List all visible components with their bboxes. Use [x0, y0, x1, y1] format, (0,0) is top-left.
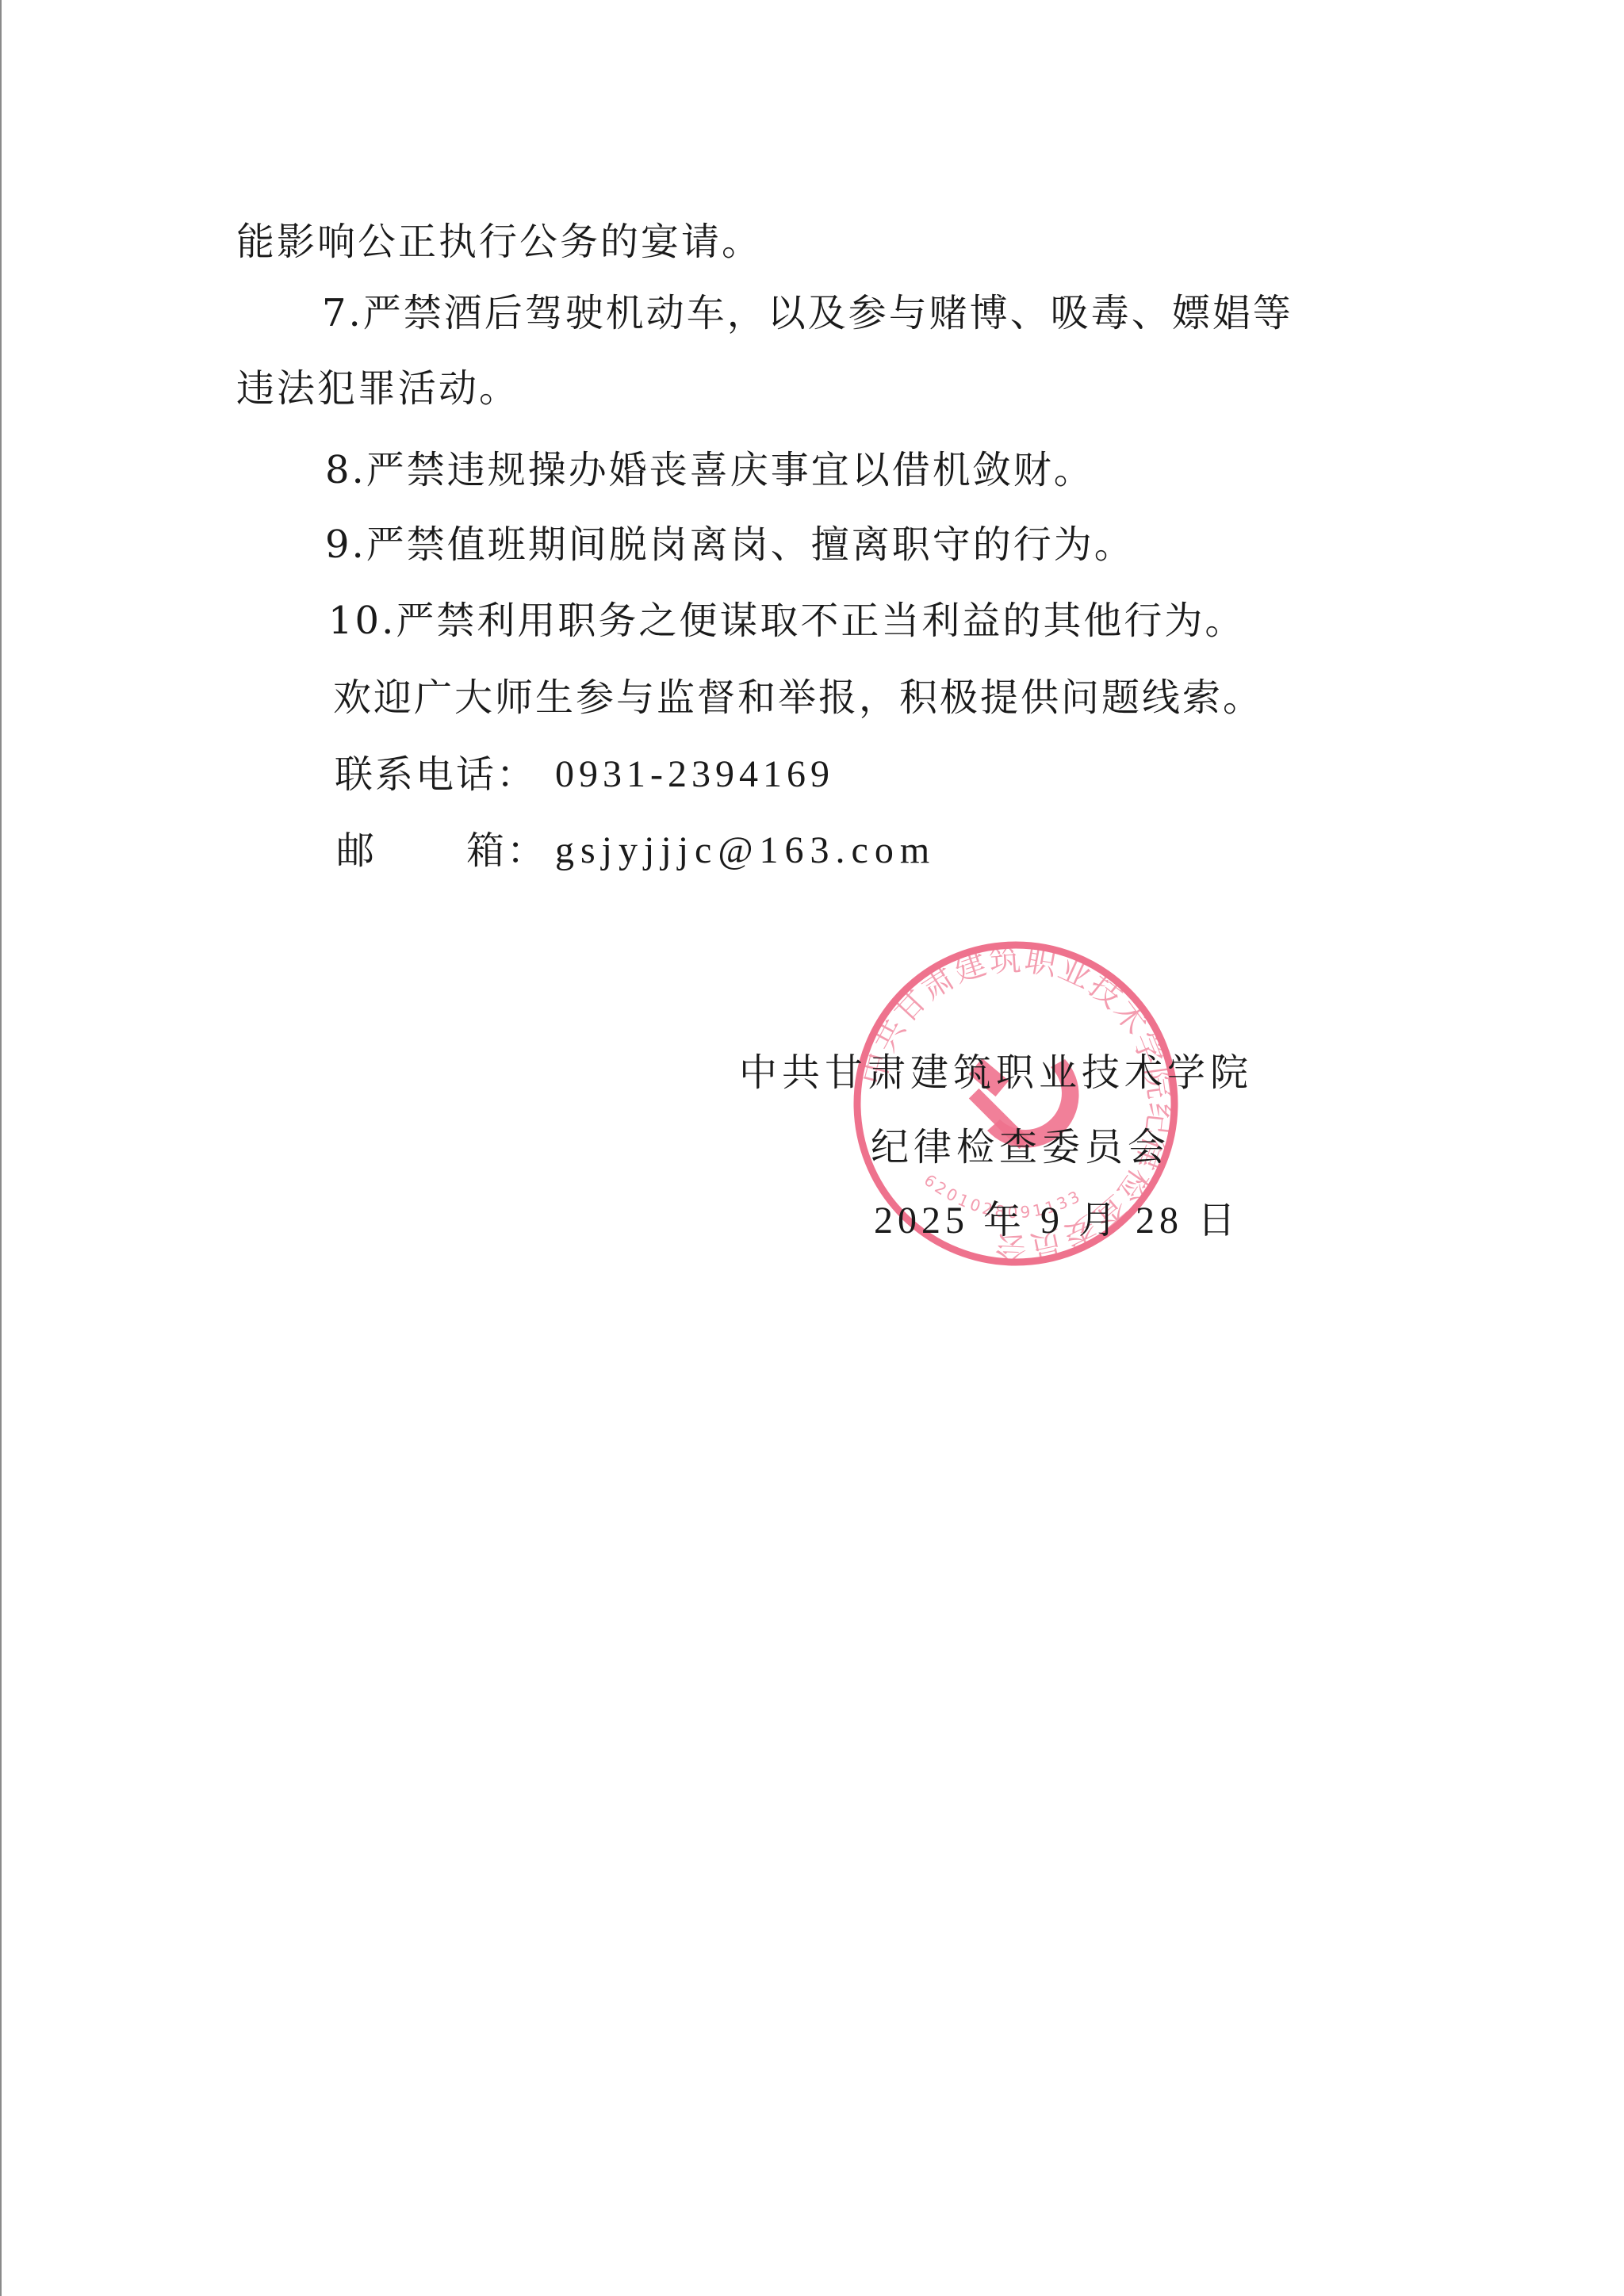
signature-organization-line-1: 中共甘肃建筑职业技术学院 — [739, 1049, 1253, 1096]
item-10: 10.严禁利用职务之便谋取不正当利益的其他行为。 — [328, 597, 1245, 645]
item-7-line-2: 违法犯罪活动。 — [236, 365, 519, 412]
body-line-1: 能影响公正执行公务的宴请。 — [236, 218, 762, 266]
email-label-char-2: 箱： — [466, 827, 547, 874]
phone-label: 联系电话： — [335, 751, 537, 798]
reporting-invitation: 欢迎广大师生参与监督和举报，积极提供问题线索。 — [333, 674, 1263, 721]
signature-organization-line-2: 纪律检查委员会 — [871, 1123, 1170, 1171]
phone-number: 0931-2394169 — [555, 751, 834, 798]
email-label-char-1: 邮 — [336, 827, 377, 874]
email-address: gsjyjjjc@163.com — [555, 827, 936, 874]
item-7-line-1: 7.严禁酒后驾驶机动车，以及参与赌博、吸毒、嫖娼等 — [322, 289, 1293, 337]
item-9: 9.严禁值班期间脱岗离岗、擅离职守的行为。 — [325, 521, 1135, 568]
document-page: 能影响公正执行公务的宴请。 7.严禁酒后驾驶机动车，以及参与赌博、吸毒、嫖娼等 … — [0, 0, 1624, 2296]
item-8: 8.严禁违规操办婚丧喜庆事宜以借机敛财。 — [325, 446, 1094, 494]
signature-date: 2025 年 9 月 28 日 — [874, 1197, 1240, 1245]
